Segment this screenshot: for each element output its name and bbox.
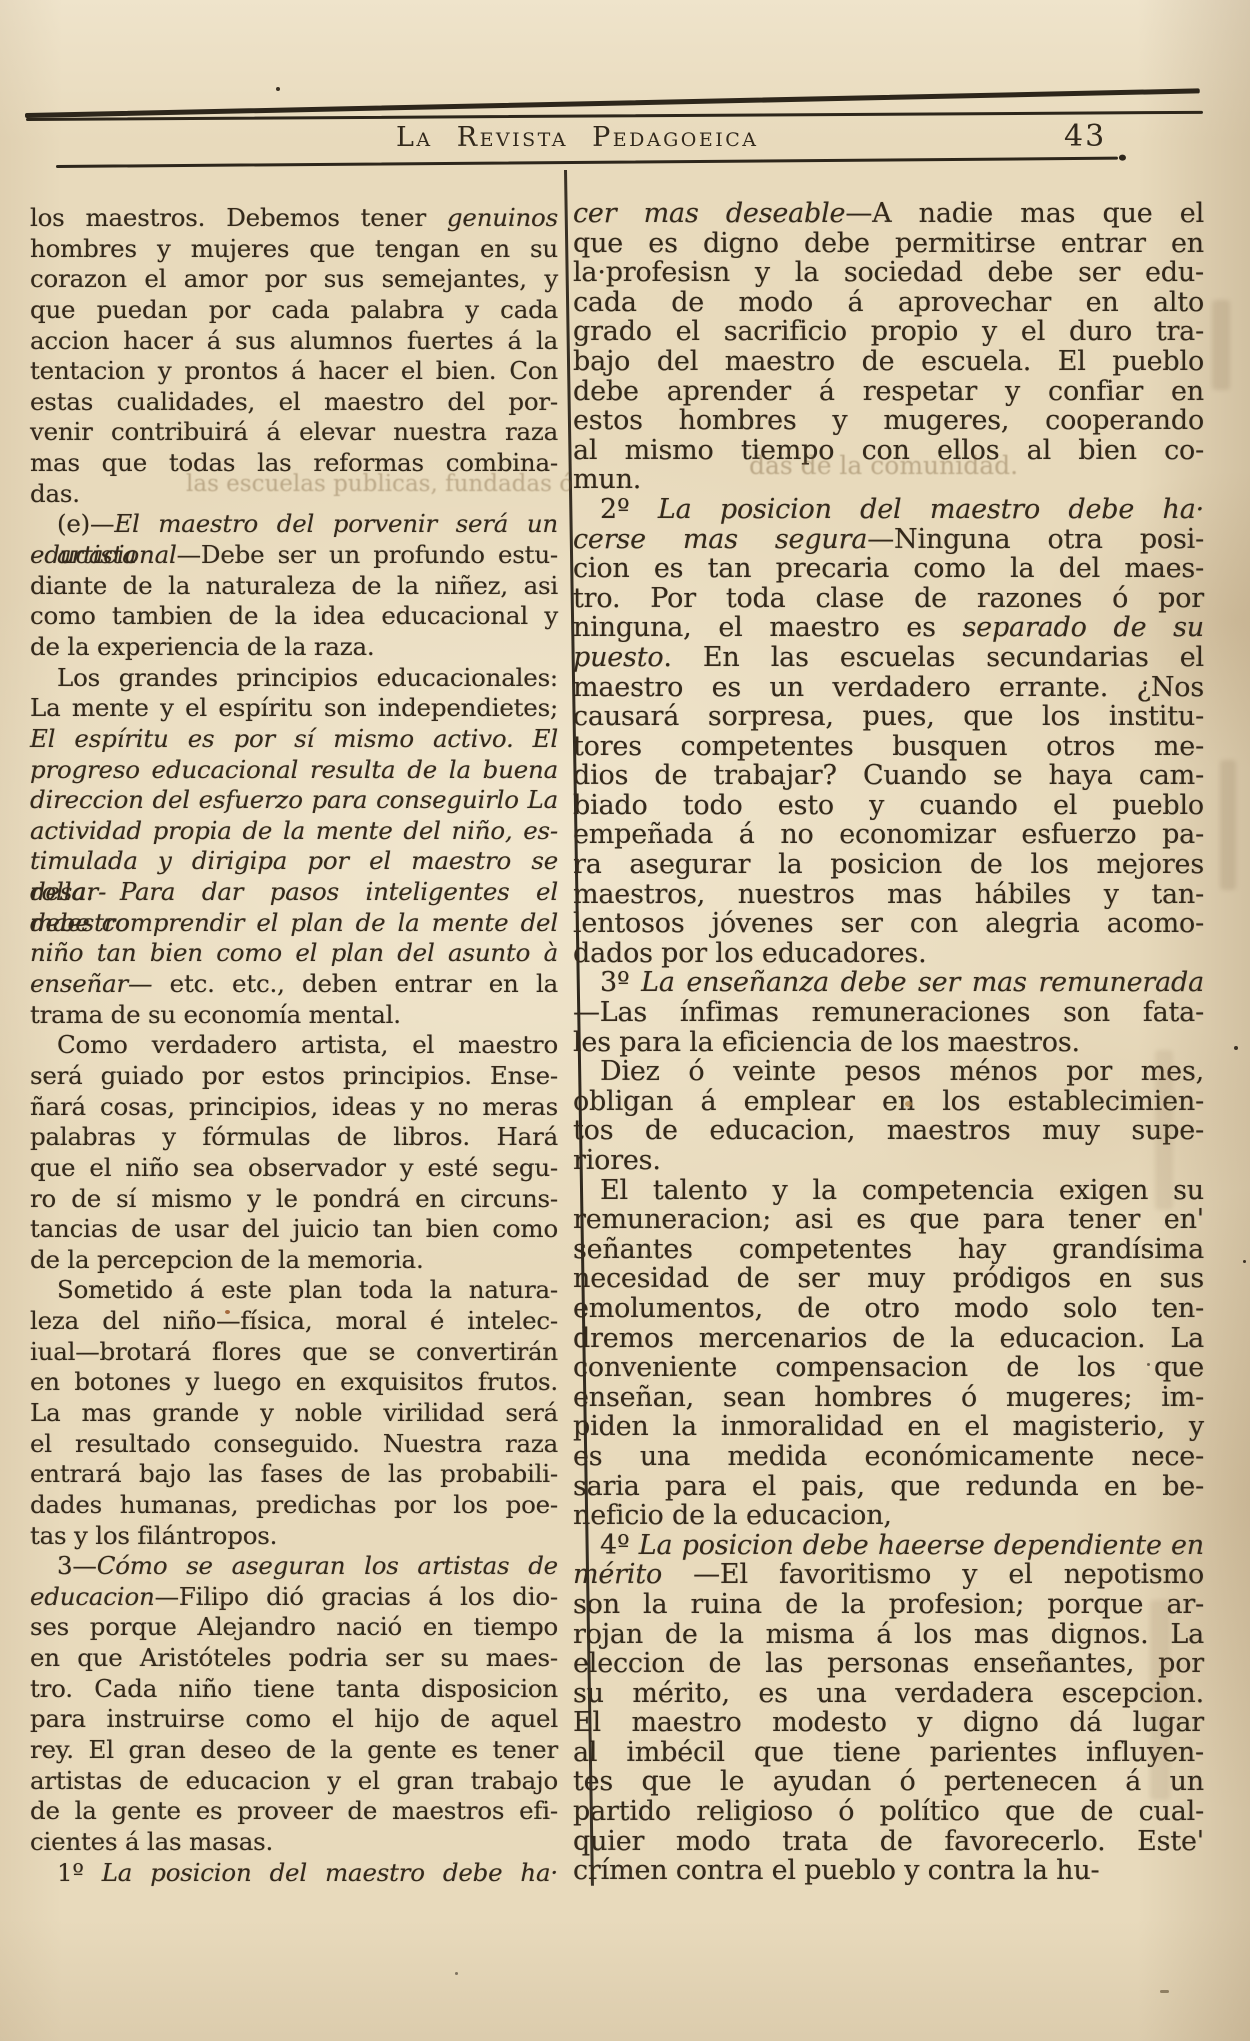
text-line: iual—brotará flores que se convertirán	[30, 1337, 558, 1368]
text-run: grado el sacrificio propio y el duro tra…	[573, 316, 1204, 347]
text-line: el resultado conseguido. Nuestra raza	[30, 1429, 558, 1460]
text-run: al imbécil que tiene parientes influyen-	[573, 1737, 1204, 1768]
text-line: les para la eficiencia de los maestros.	[573, 1028, 1204, 1058]
italic-text-run: enseñar—	[30, 969, 152, 998]
italic-text-run: La enseñanza debe ser mas remunerada	[641, 967, 1204, 998]
text-run: —A nadie mas que el	[845, 198, 1204, 229]
text-run: tro. Por toda clase de razones ó por	[573, 583, 1204, 614]
text-line: rey. El gran deseo de la gente es tener	[30, 1735, 558, 1766]
text-run: dados por los educadores.	[573, 938, 926, 969]
text-line: cion es tan precaria como la del maes-	[573, 554, 1204, 584]
text-line: 3—Cómo se aseguran los artistas de	[30, 1551, 558, 1582]
text-run: trama de su economía mental.	[30, 1000, 401, 1029]
text-run: . En las escuelas secundarias el	[663, 642, 1204, 673]
text-run: para instruirse como el hijo de aquel	[30, 1704, 558, 1733]
text-run: rey. El gran deseo de la gente es tener	[30, 1735, 558, 1764]
text-line: como tambien de la idea educacional y	[30, 601, 558, 632]
text-run: Diez ó veinte pesos ménos por mes,	[600, 1056, 1204, 1087]
text-line: ra asegurar la posicion de los mejores	[573, 850, 1204, 880]
text-line: cer mas deseable—A nadie mas que el	[573, 199, 1204, 229]
text-run: —Las ínfimas remuneraciones son fata-	[573, 997, 1204, 1028]
text-run: accion hacer á sus alumnos fuertes á la	[30, 326, 558, 355]
text-run: ses porque Alejandro nació en tiempo	[30, 1612, 558, 1641]
text-run: emolumentos, de otro modo solo ten-	[573, 1293, 1204, 1324]
text-run: debe aprender á respetar y confiar en	[573, 376, 1204, 407]
text-run: El talento y la competencia exigen su	[600, 1175, 1204, 1206]
text-line: neficio de la educacion,	[573, 1501, 1204, 1531]
text-run: diante de la naturaleza de la niñez, asi	[30, 571, 558, 600]
text-line: 3º La enseñanza debe ser mas remunerada	[573, 968, 1204, 998]
italic-text-run: educacional	[30, 540, 177, 569]
text-line: Los grandes principios educacionales:	[30, 663, 558, 694]
text-line: será guiado por estos principios. Ense-	[30, 1061, 558, 1092]
text-run: hombres y mujeres que tengan en su	[30, 234, 558, 263]
text-line: emolumentos, de otro modo solo ten-	[573, 1294, 1204, 1324]
text-line: Como verdadero artista, el maestro	[30, 1030, 558, 1061]
text-run: partido religioso ó político que de cual…	[573, 1796, 1204, 1827]
paper-speck	[78, 643, 81, 646]
text-line: dios de trabajar? Cuando se haya cam-	[573, 761, 1204, 791]
text-line: empeñada á no economizar esfuerzo pa-	[573, 820, 1204, 850]
paper-speck	[276, 87, 280, 91]
italic-text-run: debe comprendir el plan de la mente del	[30, 908, 558, 937]
text-run: enseñan, sean hombres ó mugeres; im-	[573, 1382, 1204, 1413]
margin-bleed-smudge	[1212, 300, 1230, 390]
text-line: cada de modo á aprovechar en alto	[573, 288, 1204, 318]
text-run: señantes competentes hay grandísima	[573, 1234, 1204, 1265]
italic-text-run: genuinos	[447, 203, 558, 232]
text-line: —Las ínfimas remuneraciones son fata-	[573, 998, 1204, 1028]
text-run: —Filipo dió gracias á los dio-	[155, 1582, 558, 1611]
text-line: rojan de la misma á los mas dignos. La	[573, 1620, 1204, 1650]
text-run: riores.	[573, 1145, 661, 1176]
text-line: tos de educacion, maestros muy supe-	[573, 1116, 1204, 1146]
text-line: La mente y el espíritu son independietes…	[30, 693, 558, 724]
text-run: su mérito, es una verdadera escepcion.	[573, 1678, 1204, 1709]
text-run: tentacion y prontos á hacer el bien. Con	[30, 356, 558, 385]
text-run: —El favoritismo y el nepotismo	[662, 1559, 1204, 1590]
text-line: cerse mas segura—Ninguna otra posi-	[573, 525, 1204, 555]
text-run: crímen contra el pueblo y contra la hu-	[573, 1855, 1099, 1886]
text-run: etc. etc., deben entrar en la	[152, 969, 558, 998]
text-run: corazon el amor por sus semejantes, y	[30, 264, 558, 293]
text-run: cientes á las masas.	[30, 1827, 273, 1856]
text-line: tentacion y prontos á hacer el bien. Con	[30, 356, 558, 387]
text-run: que el niño sea observador y esté segu-	[30, 1153, 558, 1182]
text-run: entrará bajo las fases de las probabili-	[30, 1459, 558, 1488]
text-line: diante de la naturaleza de la niñez, asi	[30, 571, 558, 602]
text-line: obligan á emplear en los establecimien-	[573, 1087, 1204, 1117]
text-line: biado todo esto y cuando el pueblo	[573, 791, 1204, 821]
text-run: la·profesisn y la sociedad debe ser edu-	[573, 257, 1204, 288]
text-line: que es digno debe permitirse entrar en	[573, 229, 1204, 259]
text-run: cada de modo á aprovechar en alto	[573, 287, 1204, 318]
text-line: mun.	[573, 465, 1204, 495]
italic-text-run: actividad propia de la mente del niño, e…	[30, 816, 558, 845]
text-run: de la experiencia de la raza.	[30, 632, 375, 661]
text-line: estos hombres y mugeres, cooperando	[573, 406, 1204, 436]
text-run: (e)—	[57, 509, 114, 538]
text-run: ñará cosas, principios, ideas y no meras	[30, 1092, 558, 1121]
text-line: ro de sí mismo y le pondrá en circuns-	[30, 1184, 558, 1215]
text-run: son la ruina de la profesion; porque ar-	[573, 1589, 1204, 1620]
italic-text-run: mérito	[573, 1559, 662, 1590]
text-line: Sometido á este plan toda la natura-	[30, 1275, 558, 1306]
text-run: biado todo esto y cuando el pueblo	[573, 790, 1204, 821]
italic-text-run: La posicion del maestro debe ha·	[102, 1858, 558, 1887]
italic-text-run: direccion del esfuerzo para conseguirlo …	[30, 785, 558, 814]
text-line: Diez ó veinte pesos ménos por mes,	[573, 1057, 1204, 1087]
text-line: tro. Por toda clase de razones ó por	[573, 584, 1204, 614]
paper-speck	[225, 1310, 230, 1314]
text-line: ses porque Alejandro nació en tiempo	[30, 1612, 558, 1643]
text-line: progreso educacional resulta de la buena	[30, 755, 558, 786]
text-line: direccion del esfuerzo para conseguirlo …	[30, 785, 558, 816]
text-run: 3º	[600, 967, 641, 998]
italic-text-run: La posicion del maestro debe ha·	[658, 494, 1204, 525]
text-run: al mismo tiempo con ellos al bien co-	[573, 435, 1204, 466]
text-line: hombres y mujeres que tengan en su	[30, 234, 558, 265]
text-line: ninguna, el maestro es separado de su	[573, 613, 1204, 643]
text-line: dremos mercenarios de la educacion. La	[573, 1324, 1204, 1354]
text-run: estas cualidades, el maestro del por-	[30, 387, 558, 416]
text-line: educacional—Debe ser un profundo estu-	[30, 540, 558, 571]
text-run: La mente y el espíritu son independietes…	[30, 693, 558, 722]
text-line: El talento y la competencia exigen su	[573, 1176, 1204, 1206]
italic-text-run: educacion	[30, 1582, 155, 1611]
text-line: partido religioso ó político que de cual…	[573, 1797, 1204, 1827]
text-run: La mas grande y noble virilidad será	[30, 1398, 558, 1427]
text-line: leza del niño—física, moral é intelec-	[30, 1306, 558, 1337]
text-line: actividad propia de la mente del niño, e…	[30, 816, 558, 847]
italic-text-run: progreso educacional resulta de la buena	[30, 755, 558, 784]
header-rule	[56, 157, 1118, 168]
paper-speck	[1243, 1260, 1246, 1263]
text-run: tro. Cada niño tiene tanta disposicion	[30, 1674, 558, 1703]
page-number: 43	[1064, 121, 1106, 153]
text-run: piden la inmoralidad en el magisterio, y	[573, 1411, 1204, 1442]
text-line: dados por los educadores.	[573, 939, 1204, 969]
text-run: necesidad de ser muy pródigos en sus	[573, 1263, 1204, 1294]
text-line: conveniente compensacion de los que	[573, 1353, 1204, 1383]
text-line: grado el sacrificio propio y el duro tra…	[573, 317, 1204, 347]
text-run: los maestros. Debemos tener	[30, 203, 447, 232]
text-line: dades humanas, predichas por los poe-	[30, 1490, 558, 1521]
text-run: 3—	[57, 1551, 97, 1580]
text-run: tas y los filántropos.	[30, 1521, 277, 1550]
text-run: tancias de usar del juicio tan bien como	[30, 1214, 558, 1243]
text-line: enseñan, sean hombres ó mugeres; im-	[573, 1383, 1204, 1413]
text-run: es una medida económicamente nece-	[573, 1441, 1204, 1472]
text-run: leza del niño—física, moral é intelec-	[30, 1306, 558, 1335]
text-run: venir contribuirá á elevar nuestra raza	[30, 417, 558, 446]
text-run: Los grandes principios educacionales:	[57, 663, 558, 692]
text-line: educacion—Filipo dió gracias á los dio-	[30, 1582, 558, 1613]
text-run: mun.	[573, 464, 641, 495]
text-line: que el niño sea observador y esté segu-	[30, 1153, 558, 1184]
text-line: venir contribuirá á elevar nuestra raza	[30, 417, 558, 448]
text-run: causará sorpresa, pues, que los institu-	[573, 701, 1204, 732]
text-run: —Debe ser un profundo estu-	[177, 540, 558, 569]
text-run: El maestro modesto y digno dá lugar	[573, 1707, 1204, 1738]
text-run: palabras y fórmulas de libros. Hará	[30, 1122, 558, 1151]
text-line: rolla. Para dar pasos inteligentes el ma…	[30, 877, 558, 908]
text-line: de la experiencia de la raza.	[30, 632, 558, 663]
text-run: eleccion de las personas enseñantes, por	[573, 1648, 1204, 1679]
right-text-column: cer mas deseable—A nadie mas que elque e…	[573, 199, 1204, 1886]
text-run: Sometido á este plan toda la natura-	[57, 1275, 558, 1304]
text-run: saria para el pais, que redunda en be-	[573, 1471, 1204, 1502]
scanned-page: La Revista Pedagoeica 43 los maestros. D…	[0, 0, 1250, 2041]
text-line: 1º La posicion del maestro debe ha·	[30, 1858, 558, 1889]
text-line: El maestro modesto y digno dá lugar	[573, 1708, 1204, 1738]
text-line: (e)—El maestro del porvenir será un arti…	[30, 509, 558, 540]
margin-bleed-smudge	[1220, 760, 1236, 890]
text-run: que es digno debe permitirse entrar en	[573, 228, 1204, 259]
text-run: tores competentes busquen otros me-	[573, 731, 1204, 762]
text-run: —Ninguna otra posi-	[867, 524, 1204, 555]
text-line: necesidad de ser muy pródigos en sus	[573, 1264, 1204, 1294]
text-line: eleccion de las personas enseñantes, por	[573, 1649, 1204, 1679]
text-line: al mismo tiempo con ellos al bien co-	[573, 436, 1204, 466]
text-run: bajo del maestro de escuela. El pueblo	[573, 346, 1204, 377]
paper-speck	[1160, 1990, 1169, 1993]
left-text-column: los maestros. Debemos tener genuinoshomb…	[30, 203, 558, 1888]
text-run: rojan de la misma á los mas dignos. La	[573, 1619, 1204, 1650]
text-line: tancias de usar del juicio tan bien como	[30, 1214, 558, 1245]
text-line: puesto. En las escuelas secundarias el	[573, 643, 1204, 673]
text-line: remuneracion; asi es que para tener en'	[573, 1205, 1204, 1235]
text-line: debe aprender á respetar y confiar en	[573, 377, 1204, 407]
text-line: 2º La posicion del maestro debe ha·	[573, 495, 1204, 525]
text-line: de la gente es proveer de maestros efi-	[30, 1796, 558, 1827]
italic-text-run: cer mas deseable	[573, 198, 845, 229]
text-run: 2º	[600, 494, 658, 525]
text-run: maestros, nuestros mas hábiles y tan-	[573, 879, 1204, 910]
text-run: de la gente es proveer de maestros efi-	[30, 1796, 558, 1825]
text-run: tes que le ayudan ó pertenecen á un	[573, 1766, 1204, 1797]
text-line: das.	[30, 479, 558, 510]
text-line: tes que le ayudan ó pertenecen á un	[573, 1767, 1204, 1797]
text-line: trama de su economía mental.	[30, 1000, 558, 1031]
text-line: mas que todas las reformas combina-	[30, 448, 558, 479]
italic-text-run: separado de su	[963, 612, 1204, 643]
text-line: es una medida económicamente nece-	[573, 1442, 1204, 1472]
text-run: maestro es un verdadero errante. ¿Nos	[573, 672, 1204, 703]
text-run: obligan á emplear en los establecimien-	[573, 1086, 1204, 1117]
italic-text-run: Cómo se aseguran los artistas de	[97, 1551, 558, 1580]
text-run: como tambien de la idea educacional y	[30, 601, 558, 630]
text-line: que puedan por cada palabra y cada	[30, 295, 558, 326]
text-line: tores competentes busquen otros me-	[573, 732, 1204, 762]
text-line: de la percepcion de la memoria.	[30, 1245, 558, 1276]
text-line: señantes competentes hay grandísima	[573, 1235, 1204, 1265]
text-line: artistas de educacion y el gran trabajo	[30, 1766, 558, 1797]
text-run: artistas de educacion y el gran trabajo	[30, 1766, 558, 1795]
text-line: accion hacer á sus alumnos fuertes á la	[30, 326, 558, 357]
paper-speck	[905, 1101, 912, 1107]
text-line: timulada y dirigipa por el maestro se de…	[30, 846, 558, 877]
text-line: estas cualidades, el maestro del por-	[30, 387, 558, 418]
text-run: en botones y luego en exquisitos frutos.	[30, 1367, 558, 1396]
text-run: que puedan por cada palabra y cada	[30, 295, 558, 324]
text-line: su mérito, es una verdadera escepcion.	[573, 1679, 1204, 1709]
text-run: el resultado conseguido. Nuestra raza	[30, 1429, 558, 1458]
text-line: quier modo trata de favorecerlo. Este'	[573, 1827, 1204, 1857]
text-line: maestros, nuestros mas hábiles y tan-	[573, 880, 1204, 910]
journal-masthead: La Revista Pedagoeica	[396, 123, 759, 153]
text-line: corazon el amor por sus semejantes, y	[30, 264, 558, 295]
text-run: dremos mercenarios de la educacion. La	[573, 1323, 1204, 1354]
text-line: debe comprendir el plan de la mente del	[30, 908, 558, 939]
text-line: maestro es un verdadero errante. ¿Nos	[573, 673, 1204, 703]
text-line: tas y los filántropos.	[30, 1521, 558, 1552]
text-line: tro. Cada niño tiene tanta disposicion	[30, 1674, 558, 1705]
text-run: remuneracion; asi es que para tener en'	[573, 1204, 1204, 1235]
text-run: de la percepcion de la memoria.	[30, 1245, 424, 1274]
text-line: para instruirse como el hijo de aquel	[30, 1704, 558, 1735]
text-run: conveniente compensacion de los que	[573, 1352, 1204, 1383]
paper-speck	[455, 1972, 458, 1975]
text-line: enseñar— etc. etc., deben entrar en la	[30, 969, 558, 1000]
text-line: ñará cosas, principios, ideas y no meras	[30, 1092, 558, 1123]
italic-text-run: cerse mas segura	[573, 524, 867, 555]
text-line: niño tan bien como el plan del asunto à	[30, 938, 558, 969]
paper-speck	[1147, 1363, 1150, 1366]
text-run: quier modo trata de favorecerlo. Este'	[573, 1826, 1204, 1857]
text-run: iual—brotará flores que se convertirán	[30, 1337, 558, 1366]
text-run: tos de educacion, maestros muy supe-	[573, 1115, 1204, 1146]
text-run: empeñada á no economizar esfuerzo pa-	[573, 819, 1204, 850]
text-run: dades humanas, predichas por los poe-	[30, 1490, 558, 1519]
paper-speck	[1234, 1046, 1238, 1050]
italic-text-run: niño tan bien como el plan del asunto à	[30, 938, 558, 967]
text-line: piden la inmoralidad en el magisterio, y	[573, 1412, 1204, 1442]
text-run: ra asegurar la posicion de los mejores	[573, 849, 1204, 880]
italic-text-run: El espíritu es por sí mismo activo. El	[30, 724, 558, 753]
text-line: los maestros. Debemos tener genuinos	[30, 203, 558, 234]
text-run: será guiado por estos principios. Ense-	[30, 1061, 558, 1090]
italic-text-run: La posicion debe haeerse dependiente en	[639, 1530, 1204, 1561]
text-run: lentosos jóvenes ser con alegria acomo-	[573, 908, 1204, 939]
text-run: das.	[30, 479, 80, 508]
text-line: bajo del maestro de escuela. El pueblo	[573, 347, 1204, 377]
italic-text-run: puesto	[573, 642, 663, 673]
text-line: cientes á las masas.	[30, 1827, 558, 1858]
text-line: mérito —El favoritismo y el nepotismo	[573, 1560, 1204, 1590]
text-line: al imbécil que tiene parientes influyen-	[573, 1738, 1204, 1768]
text-line: entrará bajo las fases de las probabili-	[30, 1459, 558, 1490]
text-run: 1º	[57, 1858, 102, 1887]
text-line: palabras y fórmulas de libros. Hará	[30, 1122, 558, 1153]
text-line: La mas grande y noble virilidad será	[30, 1398, 558, 1429]
text-run: Como verdadero artista, el maestro	[57, 1030, 558, 1059]
text-run: cion es tan precaria como la del maes-	[573, 553, 1204, 584]
text-run: ninguna, el maestro es	[573, 612, 963, 643]
text-run: en que Aristóteles podria ser su maes-	[30, 1643, 558, 1672]
text-line: saria para el pais, que redunda en be-	[573, 1472, 1204, 1502]
text-line: la·profesisn y la sociedad debe ser edu-	[573, 258, 1204, 288]
text-line: riores.	[573, 1146, 1204, 1176]
text-run: ro de sí mismo y le pondrá en circuns-	[30, 1184, 558, 1213]
text-line: El espíritu es por sí mismo activo. El	[30, 724, 558, 755]
text-line: son la ruina de la profesion; porque ar-	[573, 1590, 1204, 1620]
text-line: causará sorpresa, pues, que los institu-	[573, 702, 1204, 732]
text-run: mas que todas las reformas combina-	[30, 448, 558, 477]
text-line: en botones y luego en exquisitos frutos.	[30, 1367, 558, 1398]
text-run: estos hombres y mugeres, cooperando	[573, 405, 1204, 436]
text-line: lentosos jóvenes ser con alegria acomo-	[573, 909, 1204, 939]
text-line: 4º La posicion debe haeerse dependiente …	[573, 1531, 1204, 1561]
text-run: neficio de la educacion,	[573, 1500, 892, 1531]
text-line: en que Aristóteles podria ser su maes-	[30, 1643, 558, 1674]
text-line: crímen contra el pueblo y contra la hu-	[573, 1856, 1204, 1886]
text-run: les para la eficiencia de los maestros.	[573, 1027, 1080, 1058]
text-run: dios de trabajar? Cuando se haya cam-	[573, 760, 1204, 791]
text-run: 4º	[600, 1530, 639, 1561]
